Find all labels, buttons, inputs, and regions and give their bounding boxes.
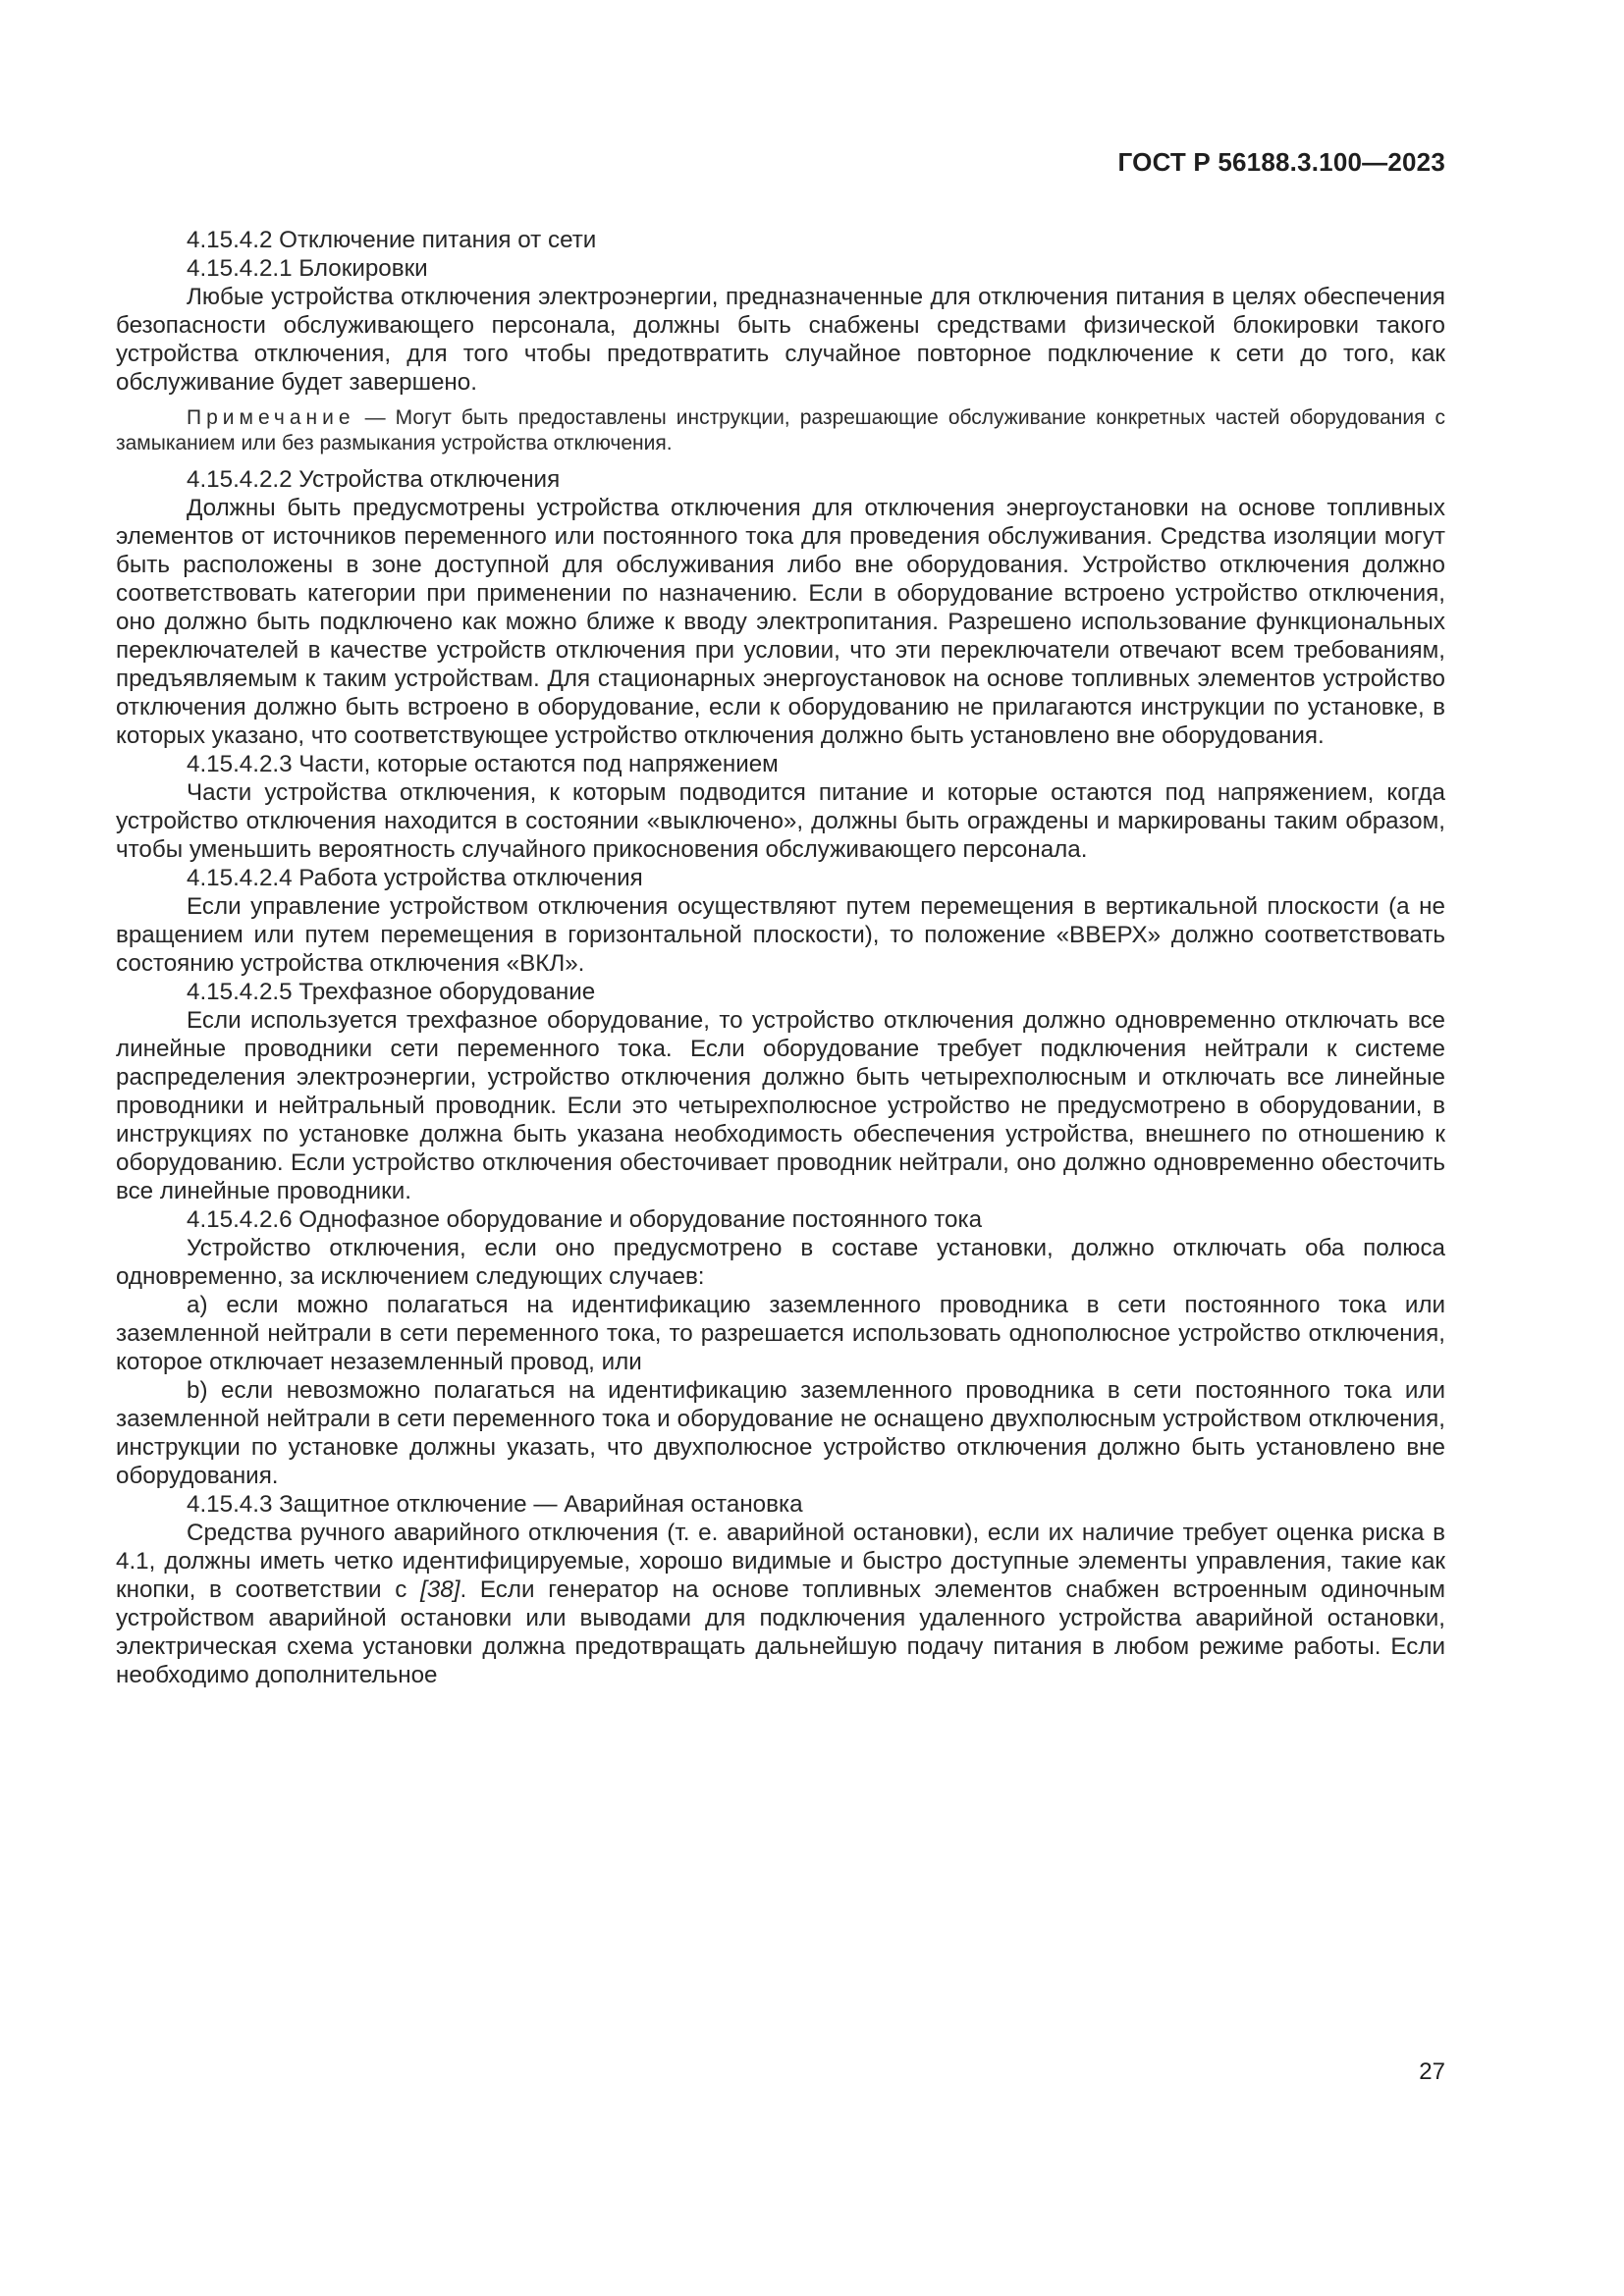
- paragraph-disconnect-devices: Должны быть предусмотрены устройства отк…: [116, 494, 1445, 750]
- section-heading-4-15-4-2-3: 4.15.4.2.3 Части, которые остаются под н…: [116, 750, 1445, 778]
- list-item-a: a) если можно полагаться на идентификаци…: [116, 1291, 1445, 1376]
- paragraph-emergency-stop: Средства ручного аварийного отключения (…: [116, 1519, 1445, 1689]
- paragraph-single-phase-dc: Устройство отключения, если оно предусмо…: [116, 1234, 1445, 1291]
- section-heading-4-15-4-2-6: 4.15.4.2.6 Однофазное оборудование и обо…: [116, 1205, 1445, 1234]
- section-heading-4-15-4-2-5: 4.15.4.2.5 Трехфазное оборудование: [116, 978, 1445, 1006]
- paragraph-live-parts: Части устройства отключения, к которым п…: [116, 778, 1445, 864]
- paragraph-disconnect-operation: Если управление устройством отключения о…: [116, 892, 1445, 978]
- note: Примечание — Могут быть предоставлены ин…: [116, 405, 1445, 456]
- section-heading-4-15-4-2-2: 4.15.4.2.2 Устройства отключения: [116, 465, 1445, 494]
- section-heading-4-15-4-3: 4.15.4.3 Защитное отключение — Аварийная…: [116, 1490, 1445, 1519]
- list-item-b: b) если невозможно полагаться на идентиф…: [116, 1376, 1445, 1490]
- page-number: 27: [1419, 2058, 1445, 2086]
- section-heading-4-15-4-2-4: 4.15.4.2.4 Работа устройства отключения: [116, 864, 1445, 892]
- paragraph-interlocks: Любые устройства отключения электроэнерг…: [116, 283, 1445, 397]
- document-page: ГОСТ Р 56188.3.100—2023 4.15.4.2 Отключе…: [0, 0, 1624, 2296]
- paragraph-three-phase: Если используется трехфазное оборудовани…: [116, 1006, 1445, 1205]
- note-label: Примечание: [187, 406, 355, 429]
- section-heading-4-15-4-2-1: 4.15.4.2.1 Блокировки: [116, 254, 1445, 283]
- citation-reference: [38]: [420, 1576, 460, 1603]
- document-body: 4.15.4.2 Отключение питания от сети 4.15…: [116, 226, 1445, 1689]
- section-heading-4-15-4-2: 4.15.4.2 Отключение питания от сети: [116, 226, 1445, 254]
- standard-code-header: ГОСТ Р 56188.3.100—2023: [1118, 147, 1445, 178]
